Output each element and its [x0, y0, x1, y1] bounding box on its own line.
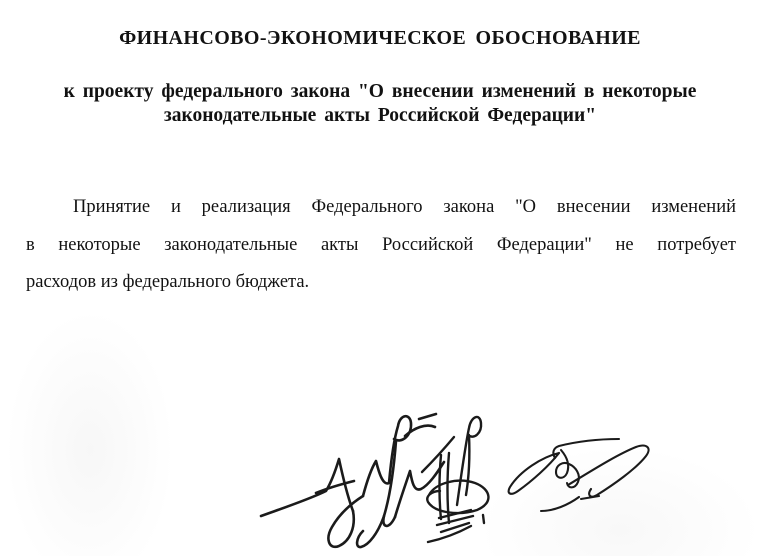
- body-line-1: Принятие и реализация Федерального закон…: [26, 189, 736, 227]
- document-page: ФИНАНСОВО-ЭКОНОМИЧЕСКОЕ ОБОСНОВАНИЕ к пр…: [0, 0, 760, 556]
- document-subtitle: к проекту федерального закона "О внесени…: [35, 80, 725, 128]
- signatures-block: [258, 403, 668, 553]
- body-paragraph: Принятие и реализация Федерального закон…: [26, 189, 736, 302]
- body-line-2: в некоторые законодательные акты Российс…: [26, 227, 736, 265]
- body-line-3: расходов из федерального бюджета.: [26, 264, 736, 302]
- subtitle-line-1: к проекту федерального закона "О внесени…: [35, 80, 725, 104]
- document-title: ФИНАНСОВО-ЭКОНОМИЧЕСКОЕ ОБОСНОВАНИЕ: [0, 27, 760, 50]
- signature-scrawl-right-icon: [509, 439, 649, 511]
- signatures-svg: [258, 403, 668, 553]
- subtitle-line-2: законодательные акты Российской Федераци…: [35, 104, 725, 128]
- signature-scrawl-left-icon: [261, 414, 444, 547]
